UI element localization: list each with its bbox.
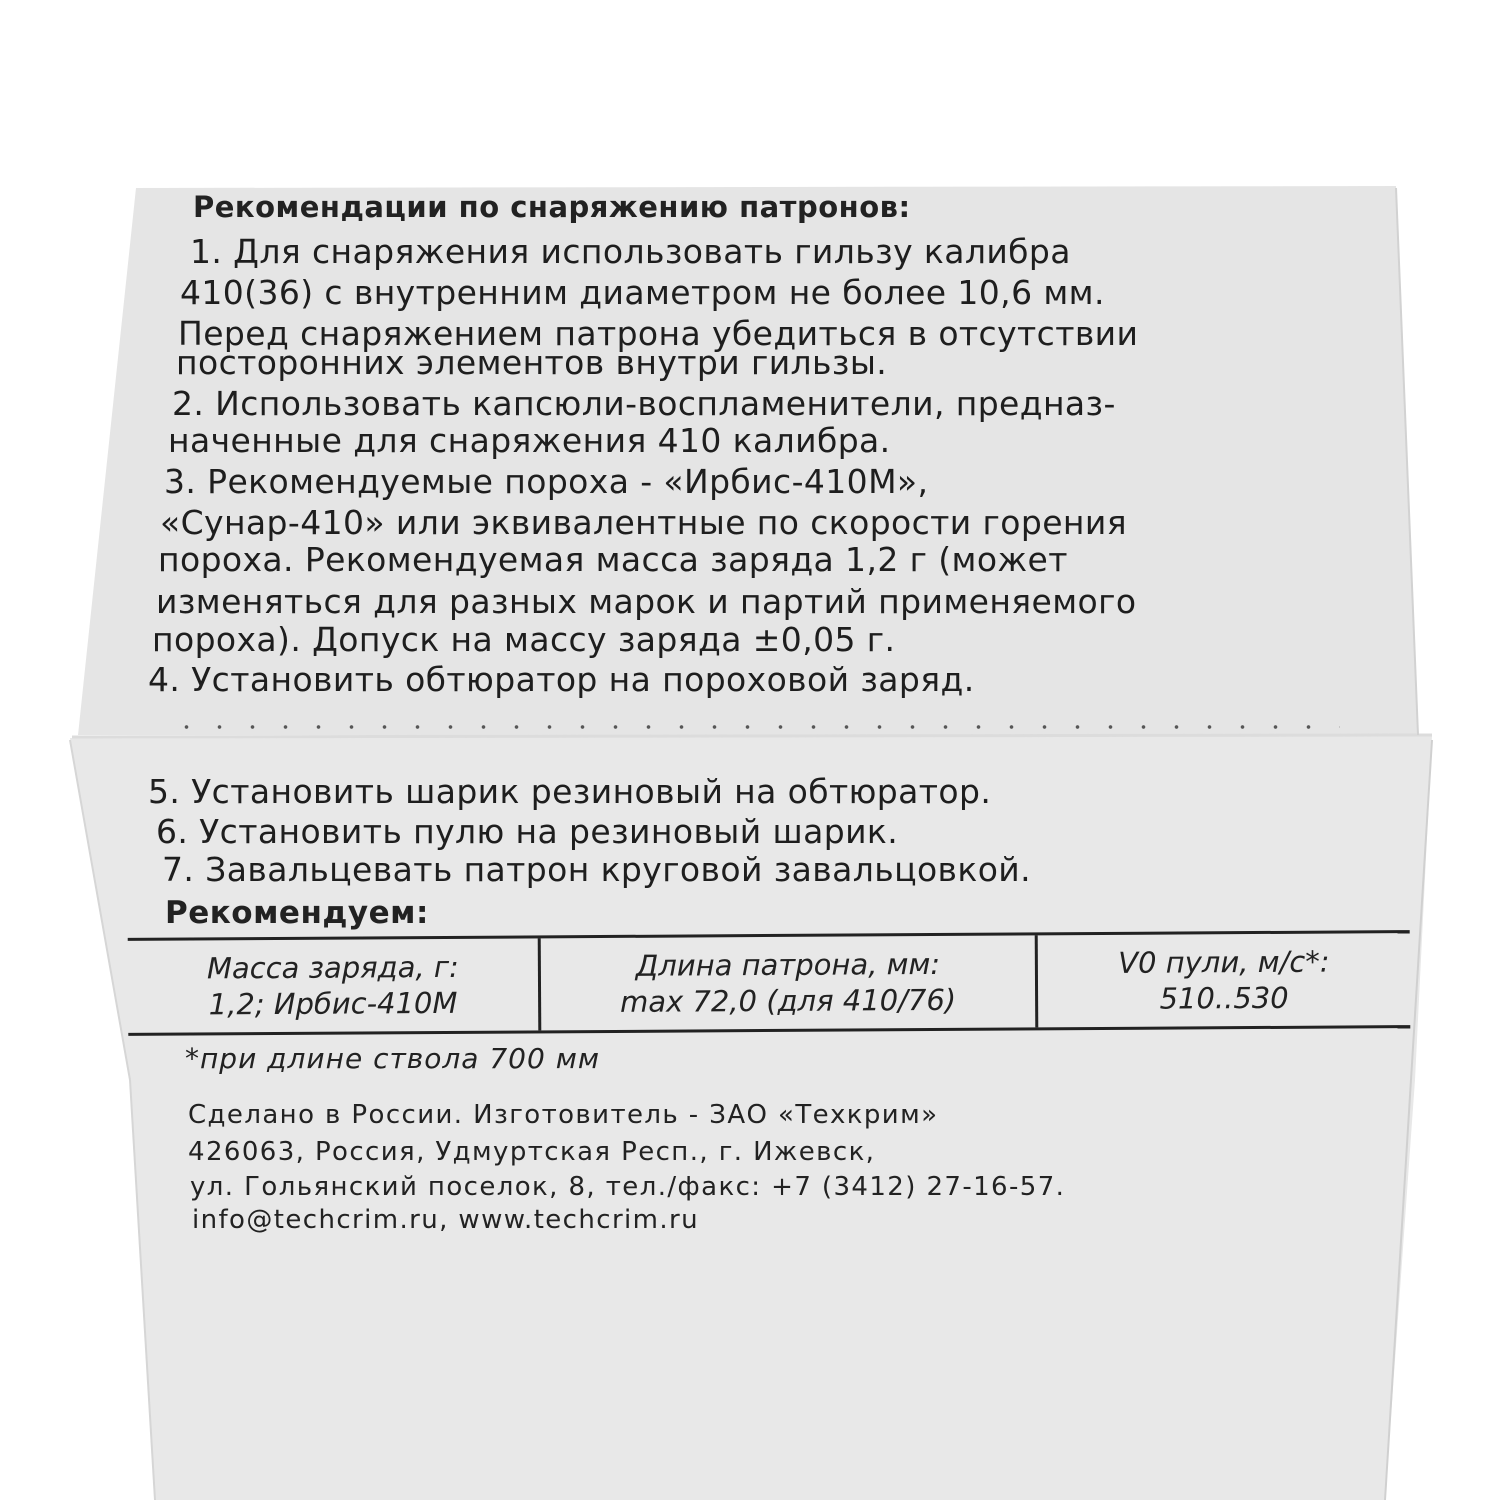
bullet-velocity-cell: V0 пули, м/с*: 510..530 [1035,933,1411,1027]
charge-mass-cell: Масса заряда, г: 1,2; Ирбис-410М [128,938,539,1033]
instruction-line: 410(36) с внутренним диаметром не более … [180,273,1105,312]
manufacturer-line: ул. Гольянский поселок, 8, тел./факс: +7… [190,1172,1065,1202]
instruction-line: пороха. Рекомендуемая масса заряда 1,2 г… [158,540,1068,579]
instruction-line: 1. Для снаряжения использовать гильзу ка… [190,232,1071,271]
manufacturer-line: 426063, Россия, Удмуртская Респ., г. Иже… [188,1137,875,1167]
barrel-length-footnote: *при длине ствола 700 мм [185,1042,600,1075]
charge-mass-label: Масса заряда, г: [128,948,538,987]
instruction-line: наченные для снаряжения 410 калибра. [168,421,891,460]
loading-instructions-heading: Рекомендации по снаряжению патронов: [193,190,911,224]
product-box-photo: Рекомендации по снаряжению патронов: 1. … [0,0,1500,1500]
cartridge-length-cell: Длина патрона, мм: max 72,0 (для 410/76) [538,935,1036,1030]
charge-mass-value: 1,2; Ирбис-410М [128,984,538,1023]
bullet-velocity-label: V0 пули, м/с*: [1038,943,1410,981]
instruction-line: 2. Использовать капсюли-воспламенители, … [172,384,1116,423]
instruction-line: 4. Установить обтюратор на пороховой зар… [148,660,975,699]
manufacturer-contacts: info@techcrim.ru, www.techcrim.ru [192,1205,699,1235]
cartridge-length-value: max 72,0 (для 410/76) [541,981,1035,1020]
recommendation-table: Масса заряда, г: 1,2; Ирбис-410М Длина п… [128,930,1411,1036]
perforation-line [170,722,1340,732]
recommend-heading: Рекомендуем: [165,895,429,931]
instruction-line: 6. Установить пулю на резиновый шарик. [156,812,898,851]
instruction-line: изменяться для разных марок и партий при… [156,582,1136,621]
instruction-line: пороха). Допуск на массу заряда ±0,05 г. [152,620,895,659]
instruction-line: 3. Рекомендуемые пороха - «Ирбис-410М», [164,462,928,501]
bullet-velocity-value: 510..530 [1038,979,1410,1017]
manufacturer-line: Сделано в России. Изготовитель - ЗАО «Те… [188,1100,938,1130]
instruction-line: 7. Завальцевать патрон круговой завальцо… [162,850,1031,889]
instruction-line: «Сунар-410» или эквивалентные по скорост… [160,503,1127,542]
instruction-line: посторонних элементов внутри гильзы. [176,343,887,382]
cartridge-length-label: Длина патрона, мм: [541,945,1035,984]
instruction-line: 5. Установить шарик резиновый на обтюрат… [148,772,991,811]
